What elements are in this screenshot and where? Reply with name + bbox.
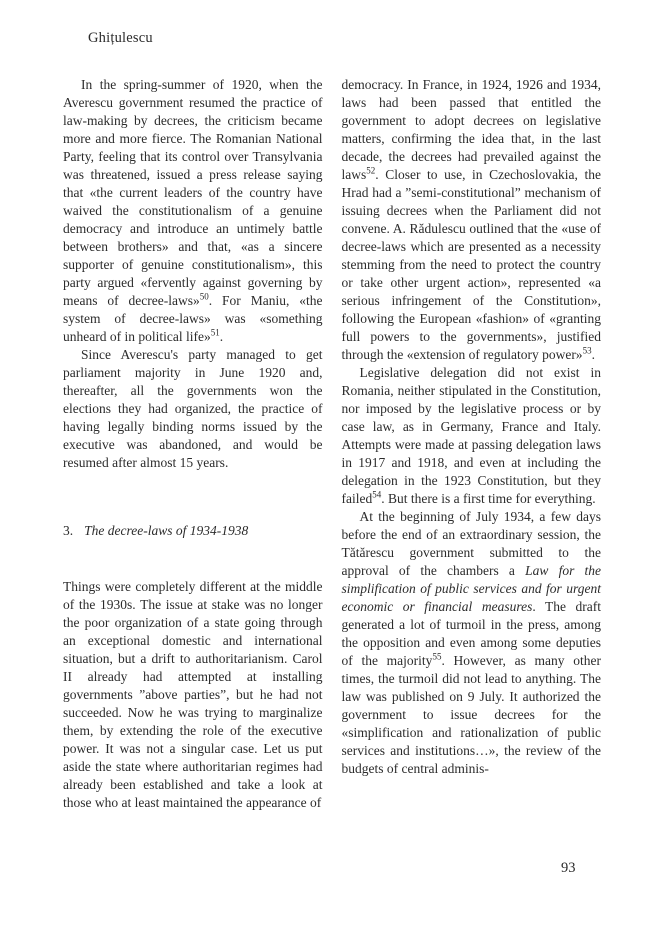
paragraph: At the beginning of July 1934, a few day…	[342, 508, 602, 778]
section-title: The decree-laws of 1934-1938	[84, 523, 248, 538]
author-name: Ghițulescu	[88, 30, 153, 46]
footnote-ref: 53	[583, 346, 592, 356]
footnote-ref: 50	[200, 292, 209, 302]
text-run: Things were completely different at the …	[63, 579, 323, 810]
paragraph: Things were completely different at the …	[63, 578, 323, 812]
text-columns: In the spring-summer of 1920, when the A…	[63, 76, 601, 812]
running-header: Ghițulescu	[88, 30, 153, 47]
text-run: . But there is a first time for everythi…	[381, 491, 595, 506]
right-column: democracy. In France, in 1924, 1926 and …	[342, 76, 602, 812]
text-run: .	[220, 329, 223, 344]
paragraph: In the spring-summer of 1920, when the A…	[63, 76, 323, 346]
footnote-ref: 51	[211, 328, 220, 338]
section-number: 3.	[63, 523, 73, 538]
text-run: In the spring-summer of 1920, when the A…	[63, 77, 323, 308]
text-run: . However, as many other times, the turm…	[342, 653, 602, 776]
paragraph: Since Averescu's party managed to get pa…	[63, 346, 323, 472]
text-run: .	[592, 347, 595, 362]
text-run: . Closer to use, in Czechoslovakia, the …	[342, 167, 602, 362]
paragraph: democracy. In France, in 1924, 1926 and …	[342, 76, 602, 364]
paragraph: Legislative delegation did not exist in …	[342, 364, 602, 508]
text-run: Since Averescu's party managed to get pa…	[63, 347, 323, 470]
footnote-ref: 52	[366, 166, 375, 176]
page-number: 93	[561, 860, 576, 877]
text-run: Legislative delegation did not exist in …	[342, 365, 602, 506]
left-column: In the spring-summer of 1920, when the A…	[63, 76, 323, 812]
footnote-ref: 54	[372, 490, 381, 500]
page: Ghițulescu In the spring-summer of 1920,…	[0, 0, 650, 946]
section-heading: 3.The decree-laws of 1934-1938	[63, 522, 323, 540]
